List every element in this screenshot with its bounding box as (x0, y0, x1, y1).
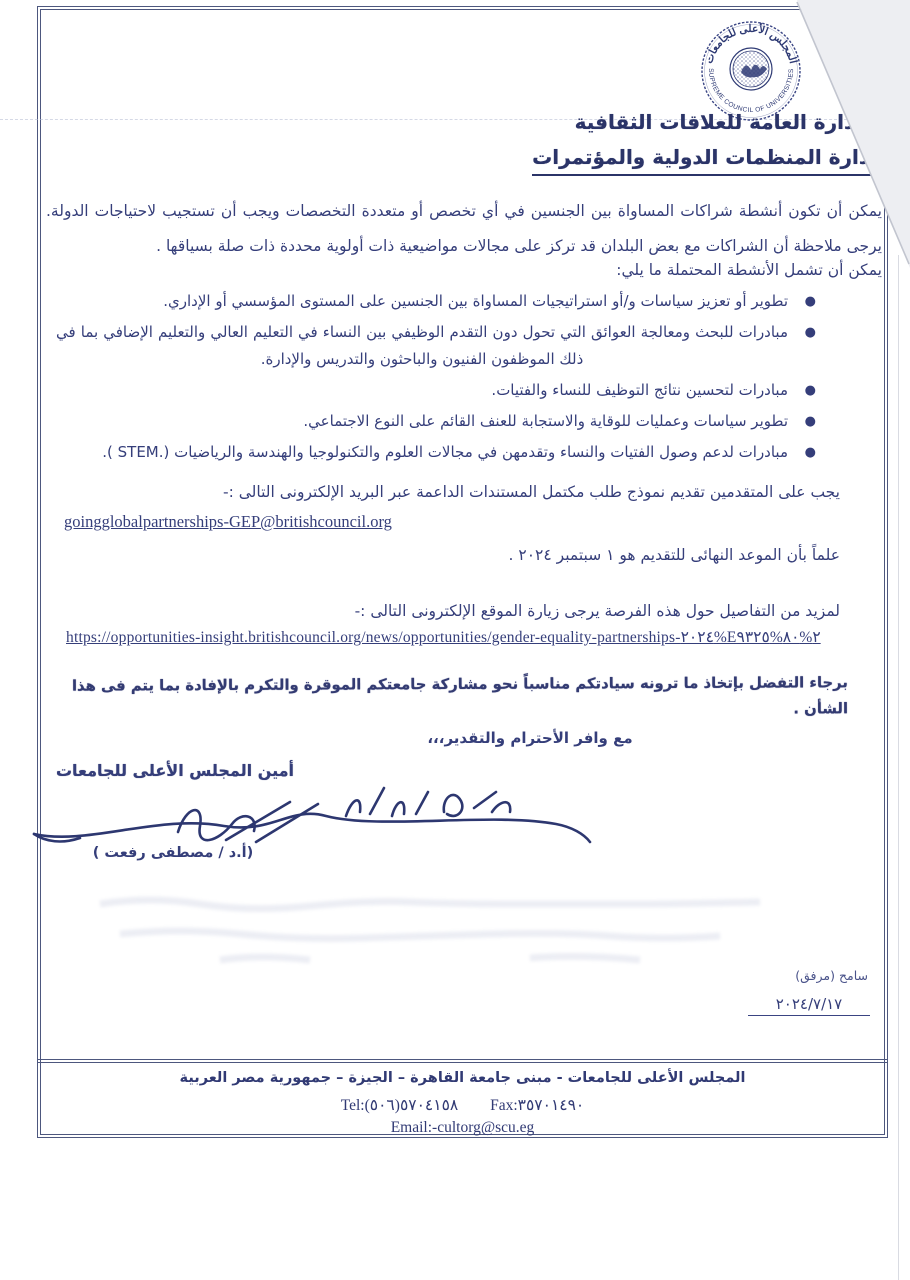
salutation-line: مع وافر الأحترام والتقدير،،، (380, 729, 680, 747)
closing-request-line: برجاء التفضل بإتخاذ ما ترونه سيادتكم منا… (48, 670, 848, 725)
application-instruction-line: يجب على المتقدمين تقديم نموذج طلب مكتمل … (48, 478, 840, 506)
details-instruction-line: لمزيد من التفاصيل حول هذه الفرصة يرجى زي… (48, 597, 840, 625)
list-item: ● مبادرات لتحسين نتائج التوظيف للنساء وا… (56, 377, 828, 404)
application-email-link[interactable]: goingglobalpartnerships-GEP@britishcounc… (64, 512, 392, 532)
attachment-note: سامح (مرفق) (752, 968, 868, 983)
list-item: ● تطوير سياسات وعمليات للوقاية والاستجاب… (56, 408, 828, 435)
ink-bleed-artifact (60, 882, 840, 972)
footer-contact-line: Tel:٥٧٠٤١٥٨(٥٠٦) Fax:٣٥٧٠١٤٩٠ (37, 1096, 888, 1115)
bullet-icon: ● (805, 439, 816, 466)
list-item: ● مبادرات لدعم وصول الفتيات والنساء وتقد… (56, 439, 828, 466)
footer-divider (37, 1059, 888, 1063)
page-edge-shadow (898, 255, 899, 1280)
footer-tel: Tel:٥٧٠٤١٥٨(٥٠٦) (341, 1097, 459, 1114)
bullet-icon: ● (805, 319, 816, 346)
footer-fax: Fax:٣٥٧٠١٤٩٠ (490, 1097, 584, 1114)
bullet-icon: ● (805, 408, 816, 435)
list-item: ● مبادرات للبحث ومعالجة العوائق التي تحو… (56, 319, 828, 373)
bullet-icon: ● (805, 377, 816, 404)
signatory-name: (أ.د / مصطفى رفعت ) (88, 845, 258, 861)
opportunity-url-link[interactable]: https://opportunities-insight.britishcou… (66, 628, 821, 647)
activities-list: ● تطوير أو تعزيز سياسات و/أو استراتيجيات… (56, 288, 828, 470)
letter-date: ٢٠٢٤/٧/١٧ (748, 995, 870, 1016)
deadline-line: علماً بأن الموعد النهائى للتقديم هو ١ سب… (48, 541, 840, 569)
scanned-letter-page: المجلس الأعلى للجامعات SUPREME COUNCIL O… (0, 0, 910, 1280)
page-fold-crease (0, 0, 910, 300)
footer-email: Email:-cultorg@scu.eg (37, 1119, 888, 1137)
footer-address: المجلس الأعلى للجامعات - مبنى جامعة القا… (37, 1070, 888, 1086)
